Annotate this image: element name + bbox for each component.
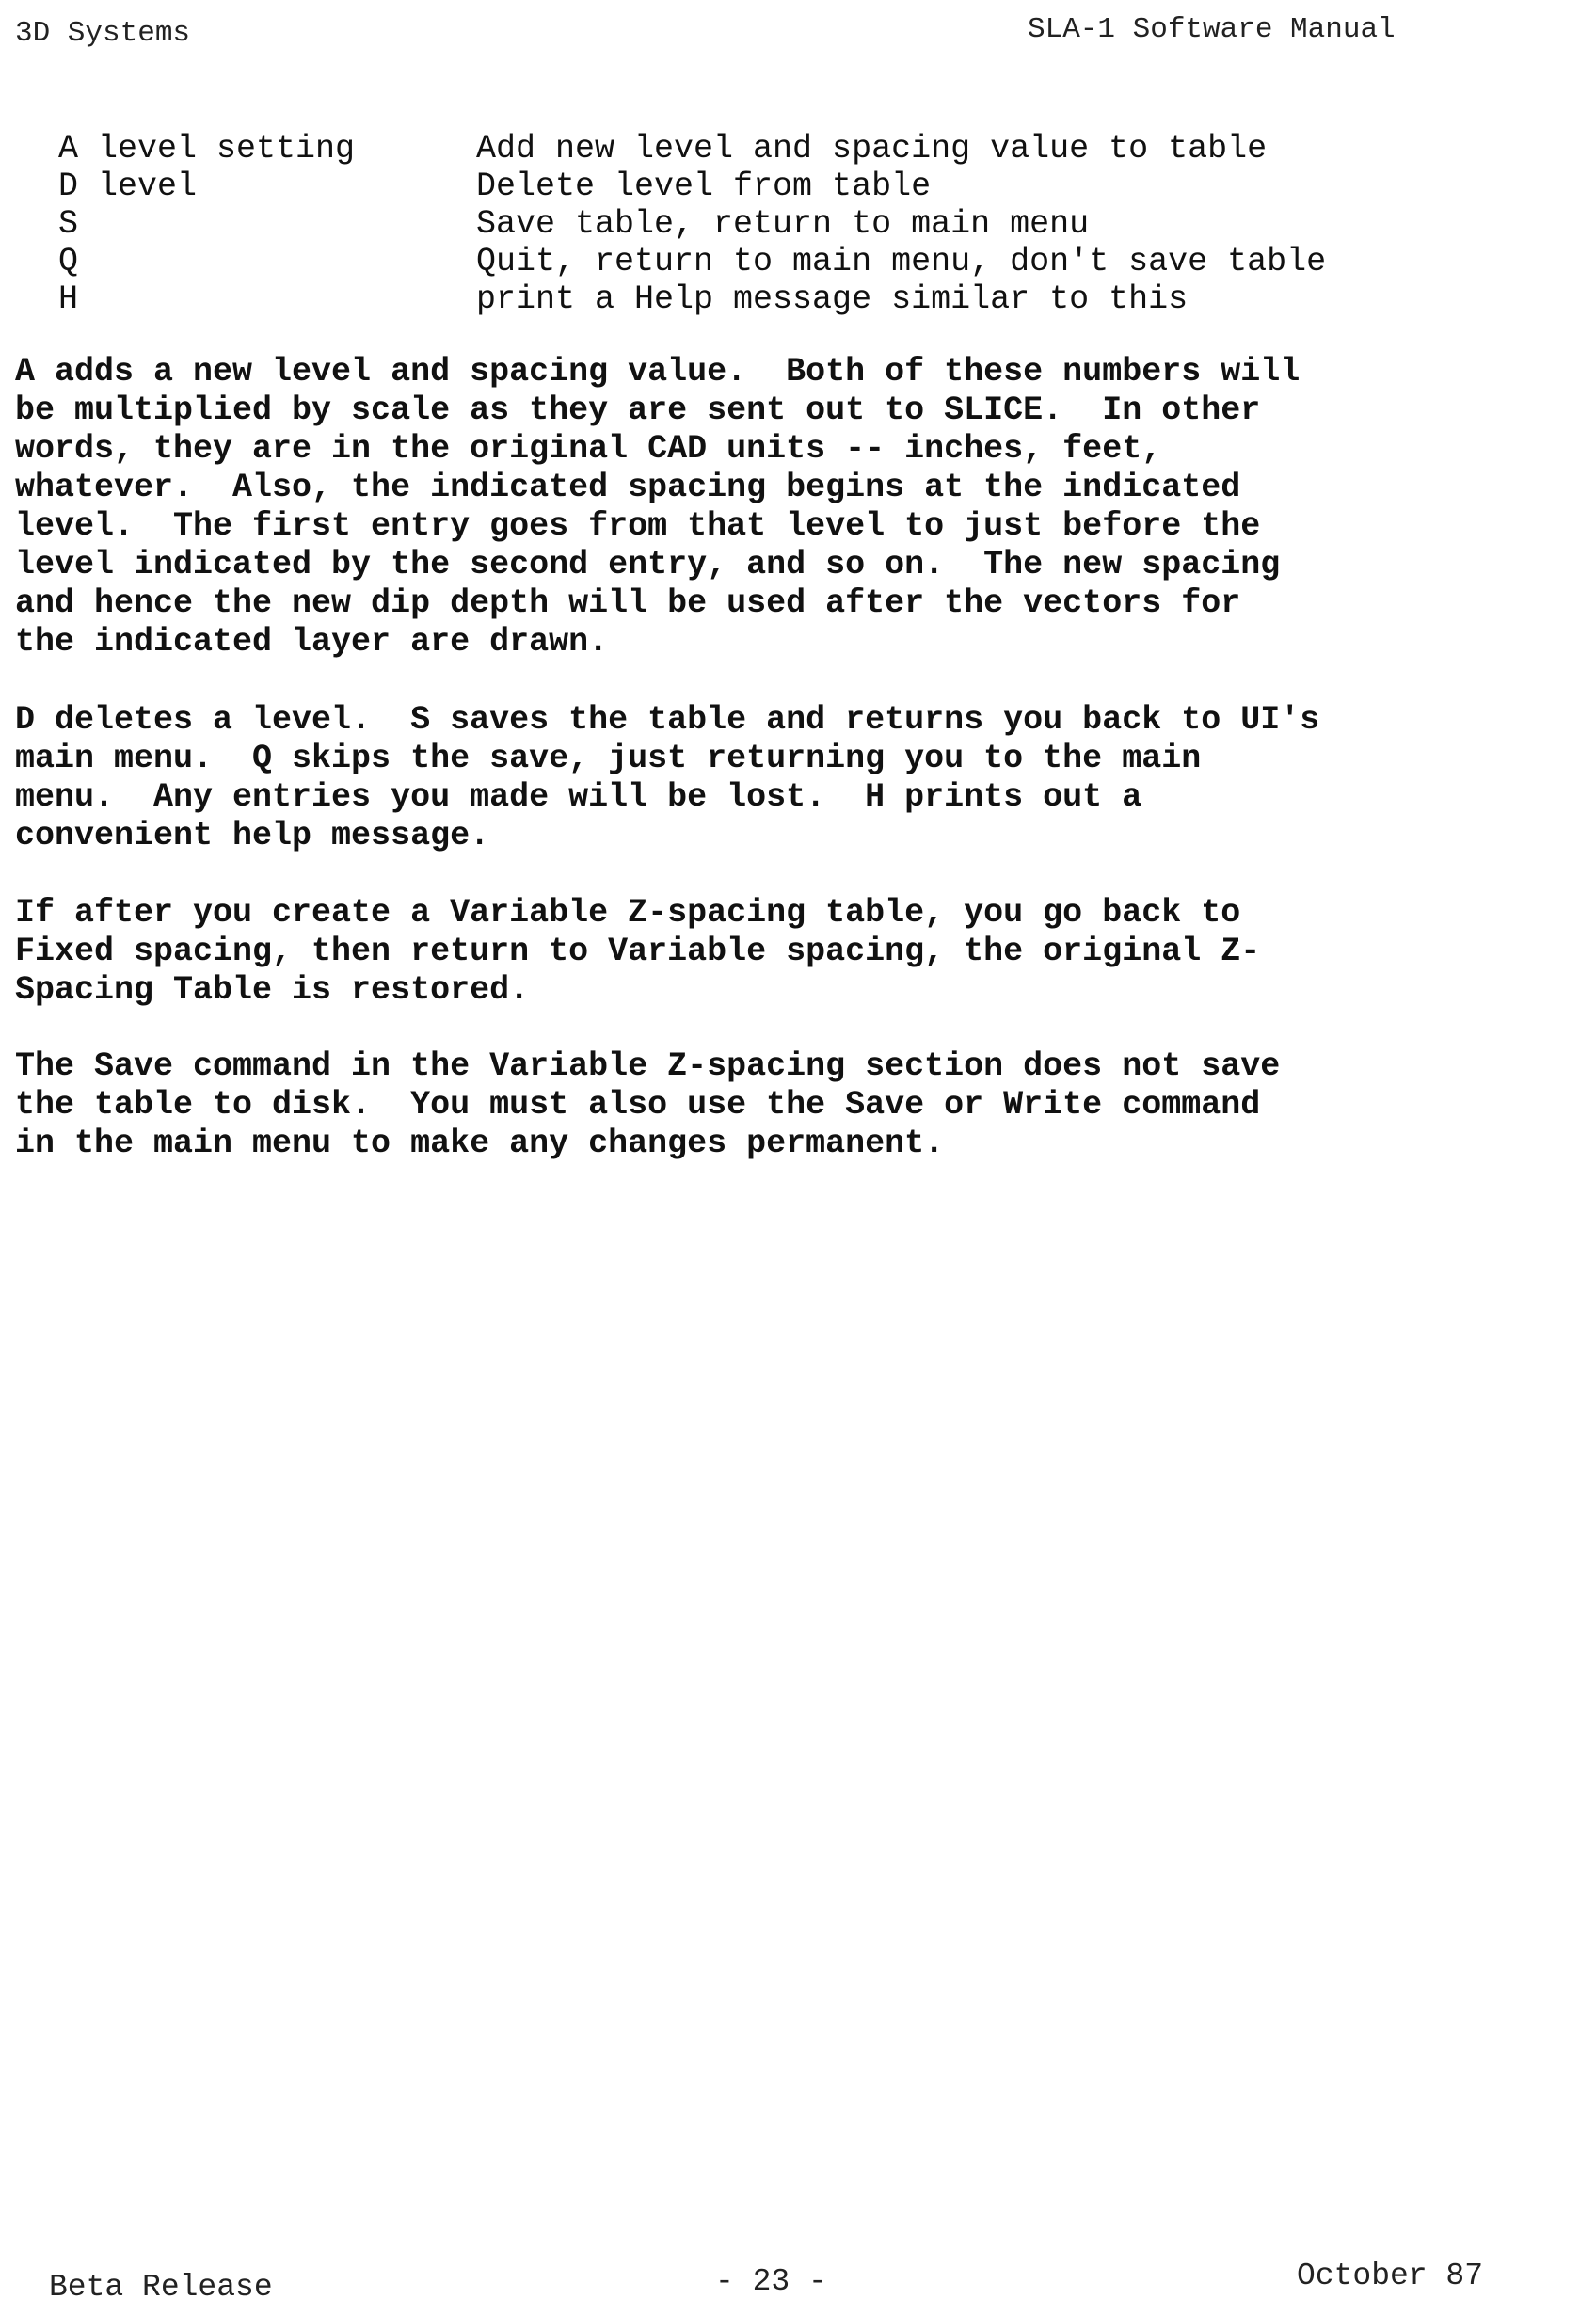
command-description: Quit, return to main menu, don't save ta… <box>476 243 1326 280</box>
header-company: 3D Systems <box>15 17 190 50</box>
command-row: D level Delete level from table <box>58 168 1326 205</box>
command-key: H <box>58 280 476 318</box>
command-key: Q <box>58 243 476 280</box>
paragraph-restore-table: If after you create a Variable Z-spacing… <box>15 894 1260 1010</box>
command-description: Save table, return to main menu <box>476 205 1089 243</box>
paragraph-save-note: The Save command in the Variable Z-spaci… <box>15 1047 1280 1163</box>
command-row: Q Quit, return to main menu, don't save … <box>58 243 1326 280</box>
page-number: - 23 - <box>715 2264 827 2299</box>
command-key: D level <box>58 168 476 205</box>
paragraph-add-level: A adds a new level and spacing value. Bo… <box>15 353 1300 662</box>
command-description: Add new level and spacing value to table <box>476 130 1267 168</box>
header-manual-title: SLA-1 Software Manual <box>1028 13 1396 46</box>
command-row: A level setting Add new level and spacin… <box>58 130 1326 168</box>
command-key: A level setting <box>58 130 476 168</box>
command-table: A level setting Add new level and spacin… <box>58 130 1326 318</box>
paragraph-delete-save-quit: D deletes a level. S saves the table and… <box>15 701 1319 855</box>
command-description: Delete level from table <box>476 168 931 205</box>
command-row: S Save table, return to main menu <box>58 205 1326 243</box>
footer-release: Beta Release <box>49 2270 273 2305</box>
command-key: S <box>58 205 476 243</box>
command-row: H print a Help message similar to this <box>58 280 1326 318</box>
command-description: print a Help message similar to this <box>476 280 1188 318</box>
footer-date: October 87 <box>1297 2259 1483 2293</box>
